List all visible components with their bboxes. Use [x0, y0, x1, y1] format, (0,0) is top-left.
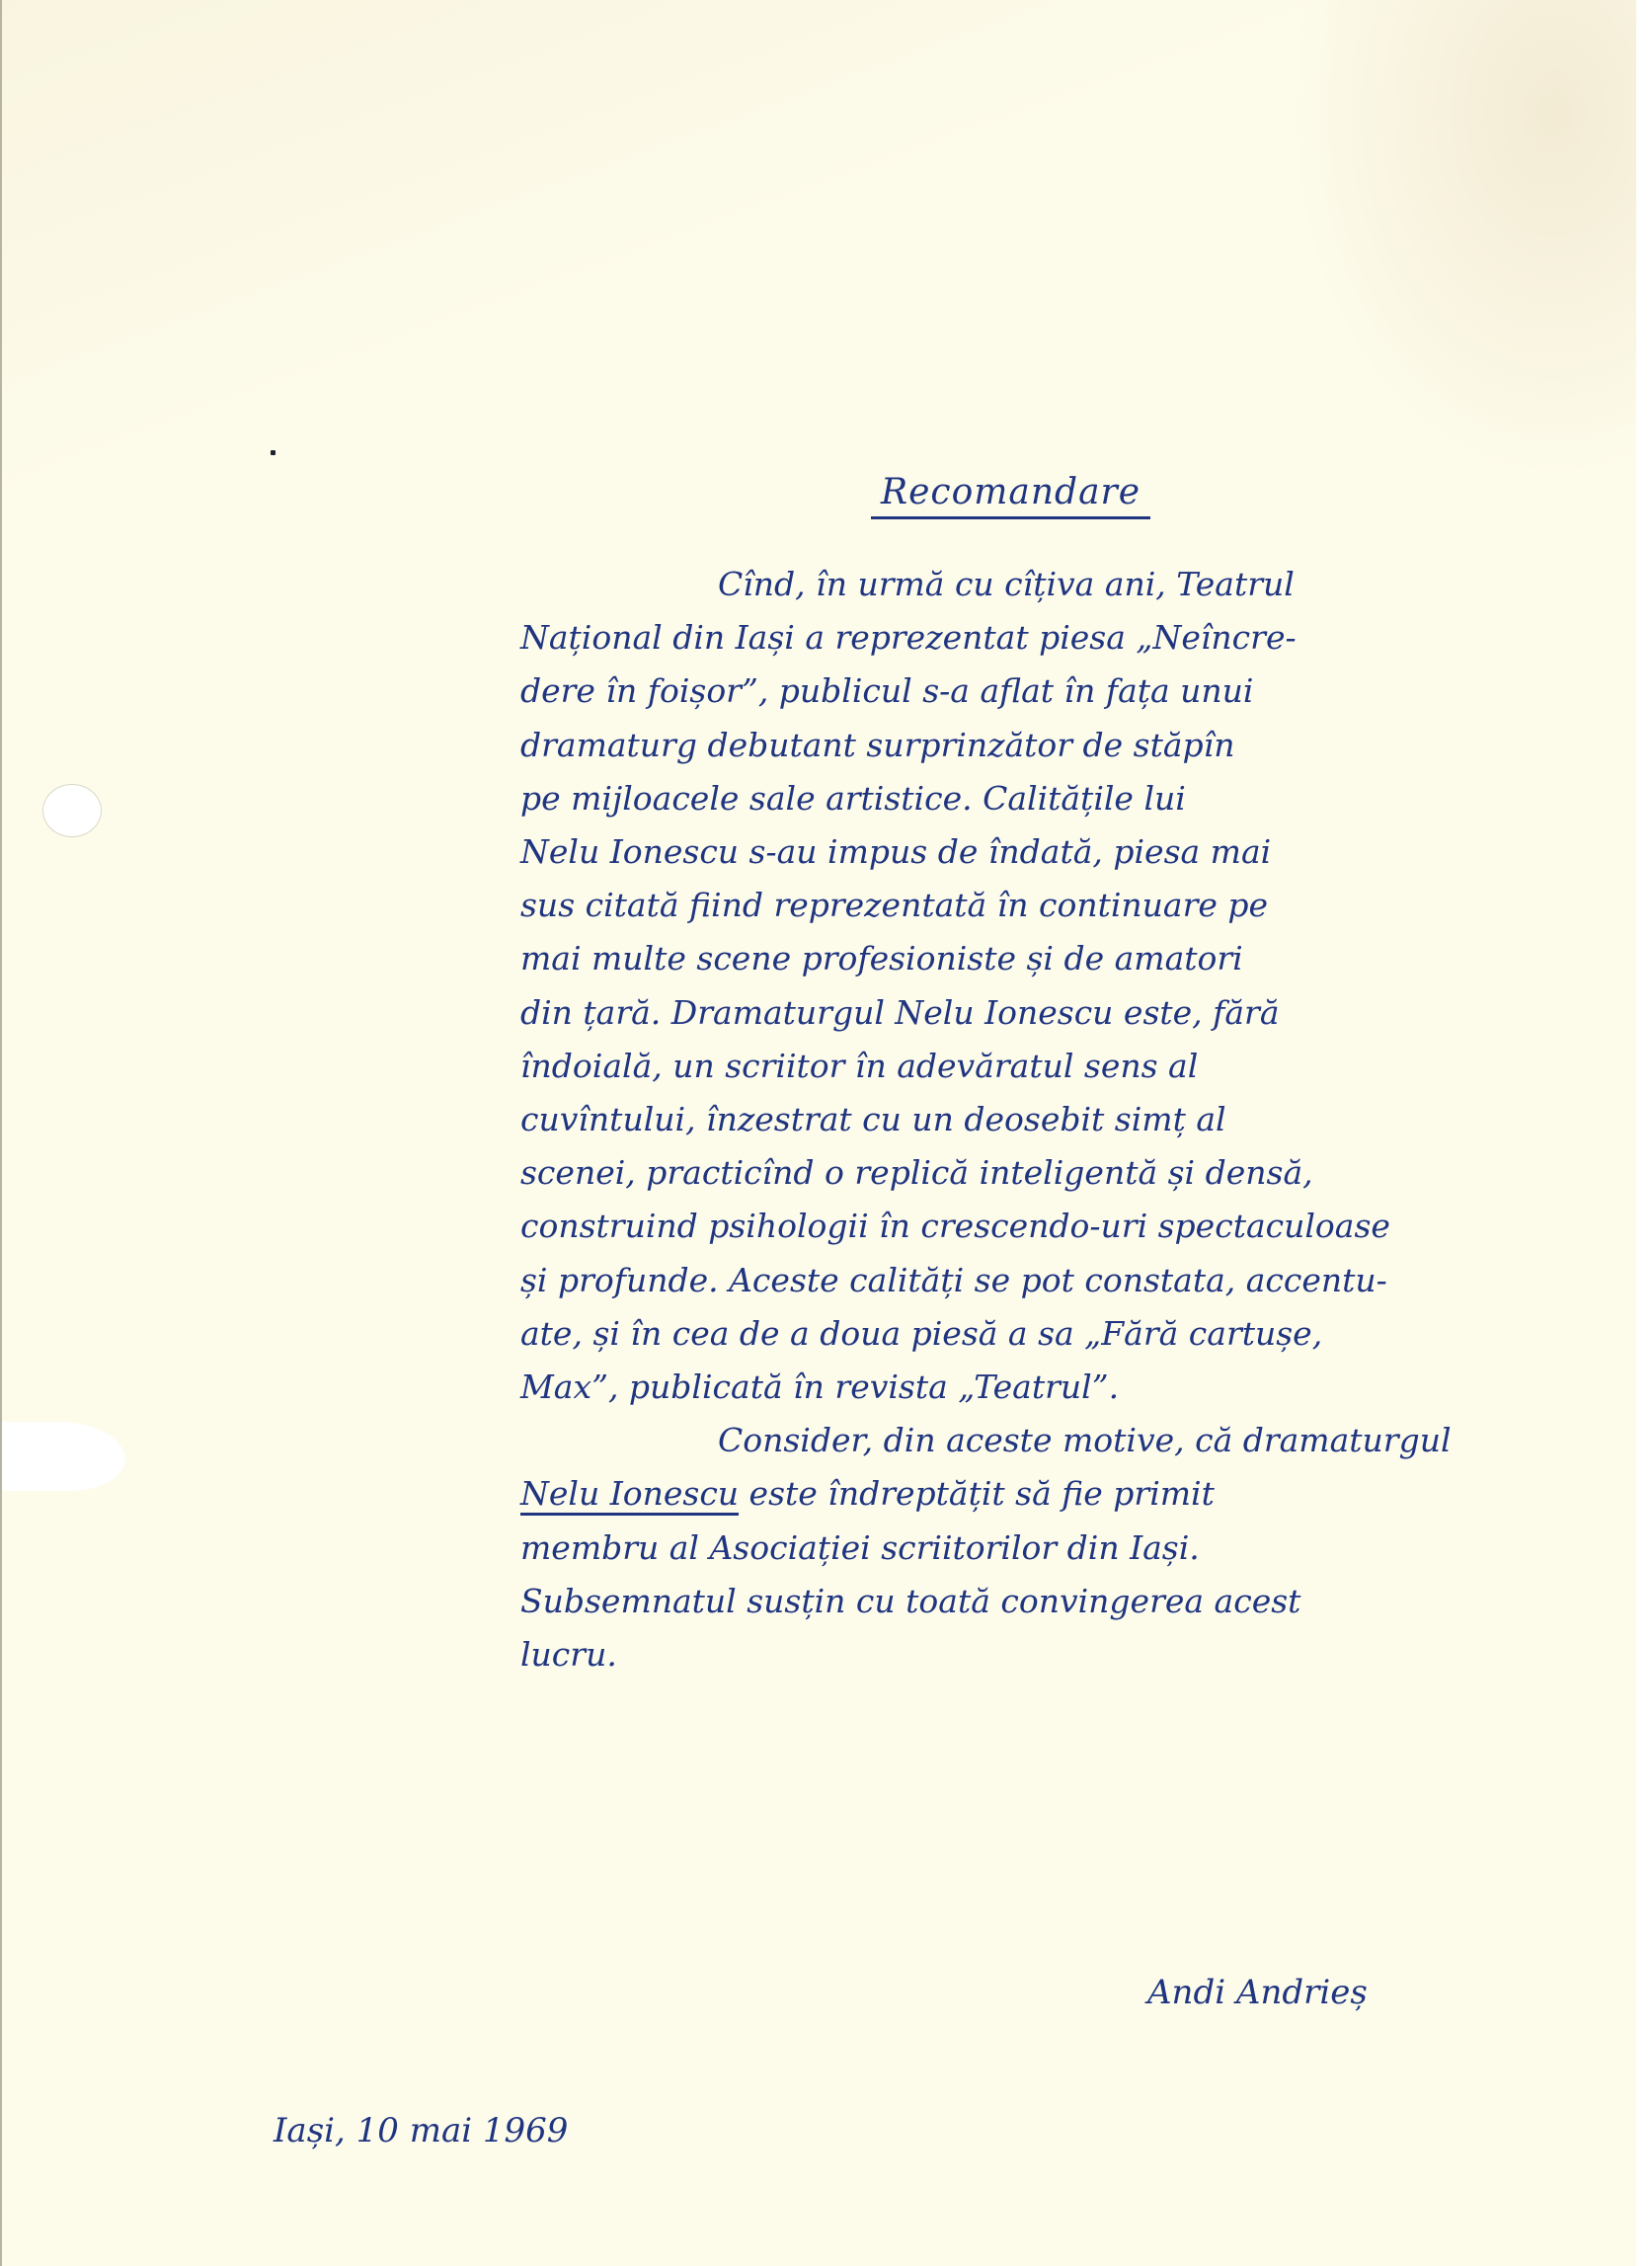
signature: Andi Andrieș — [1147, 1973, 1368, 2012]
paragraph-2-line: Consider, din aceste motive, că dramatur… — [520, 1414, 1587, 1467]
paragraph-1-line: scenei, practicînd o replică inteligentă… — [520, 1146, 1587, 1200]
paragraph-1-line: dramaturg debutant surprinzător de stăpî… — [520, 719, 1587, 772]
paragraph-1-line: sus citată fiind reprezentată în continu… — [520, 879, 1587, 932]
letter-page: Recomandare Cînd, în urmă cu cîțiva ani,… — [0, 0, 1636, 2266]
document-title: Recomandare — [871, 472, 1150, 519]
paragraph-1-line: Național din Iași a reprezentat piesa „N… — [520, 611, 1587, 664]
letter-body: Cînd, în urmă cu cîțiva ani, Teatrul Naț… — [520, 558, 1587, 1681]
paragraph-1-line: îndoială, un scriitor în adevăratul sens… — [520, 1040, 1587, 1093]
underlined-name: Nelu Ionescu — [520, 1474, 739, 1516]
paragraph-1-line: Cînd, în urmă cu cîțiva ani, Teatrul — [520, 558, 1587, 611]
paragraph-1-line: ate, și în cea de a doua piesă a sa „Făr… — [520, 1307, 1587, 1361]
paragraph-1-line: Nelu Ionescu s-au impus de îndată, piesa… — [520, 825, 1587, 879]
date-line: Iași, 10 mai 1969 — [274, 2111, 568, 2150]
paragraph-2-line-rest: este îndreptățit să fie primit — [739, 1474, 1215, 1513]
paragraph-1-line: dere în foișor”, publicul s-a aflat în f… — [520, 664, 1587, 718]
paragraph-1-line: construind psihologii în crescendo-uri s… — [520, 1200, 1587, 1253]
paragraph-1-line: din țară. Dramaturgul Nelu Ionescu este,… — [520, 986, 1587, 1040]
paragraph-2-line: Nelu Ionescu este îndreptățit să fie pri… — [520, 1467, 1587, 1521]
paragraph-1-line: mai multe scene profesioniste și de amat… — [520, 932, 1587, 985]
torn-hole — [2, 1422, 125, 1491]
paragraph-1-line: Max”, publicată în revista „Teatrul”. — [520, 1361, 1587, 1414]
punched-hole — [43, 785, 101, 836]
ink-dot — [271, 450, 275, 455]
paragraph-1-line: și profunde. Aceste calități se pot cons… — [520, 1254, 1587, 1307]
paragraph-1-line: pe mijloacele sale artistice. Calitățile… — [520, 772, 1587, 825]
paragraph-2-line: membru al Asociației scriitorilor din Ia… — [520, 1522, 1587, 1575]
paragraph-2-line: Subsemnatul susțin cu toată convingerea … — [520, 1575, 1587, 1628]
paragraph-2-line: lucru. — [520, 1628, 1587, 1681]
paragraph-1-line: cuvîntului, înzestrat cu un deosebit sim… — [520, 1093, 1587, 1146]
